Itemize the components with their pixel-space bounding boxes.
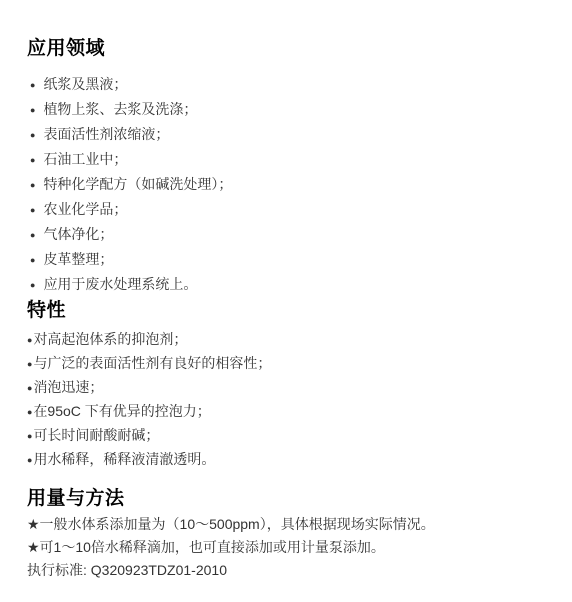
standard-line: 执行标准: Q320923TDZ01-2010 xyxy=(27,559,542,582)
bullet-icon: ● xyxy=(30,73,35,97)
list-item-text: 对高起泡体系的抑泡剂； xyxy=(33,331,187,347)
section-heading-dosage: 用量与方法 xyxy=(27,488,542,510)
list-item: ●纸浆及黑液； xyxy=(27,72,542,97)
list-item-text: 农业化学品； xyxy=(43,201,127,217)
product-info-document: 应用领域 ●纸浆及黑液； ●植物上浆、去浆及洗涤； ●表面活性剂浓缩液； ●石油… xyxy=(0,0,572,582)
list-item: ●石油工业中； xyxy=(27,147,542,172)
bullet-icon: ● xyxy=(30,173,35,197)
list-item-text: 纸浆及黑液； xyxy=(43,76,127,92)
bullet-icon: ● xyxy=(27,449,32,472)
list-item-text: 用水稀释，稀释液清澈透明。 xyxy=(33,451,215,467)
list-item-text: 与广泛的表面活性剂有良好的相容性； xyxy=(33,355,271,371)
list-item: ●应用于废水处理系统上。 xyxy=(27,272,542,297)
bullet-icon: ● xyxy=(27,329,32,352)
list-item-text: 皮革整理； xyxy=(43,251,113,267)
bullet-icon: ● xyxy=(27,425,32,448)
list-item-text: 表面活性剂浓缩液； xyxy=(43,126,169,142)
bullet-icon: ● xyxy=(30,273,35,297)
section-heading-features: 特性 xyxy=(27,300,542,322)
bullet-icon: ● xyxy=(27,377,32,400)
section-heading-application: 应用领域 xyxy=(27,38,542,60)
list-item-text: 应用于废水处理系统上。 xyxy=(43,276,197,292)
list-item: ●与广泛的表面活性剂有良好的相容性； xyxy=(27,352,542,376)
bullet-icon: ● xyxy=(30,148,35,172)
list-item-text: 石油工业中； xyxy=(43,151,127,167)
bullet-icon: ● xyxy=(30,123,35,147)
application-list: ●纸浆及黑液； ●植物上浆、去浆及洗涤； ●表面活性剂浓缩液； ●石油工业中； … xyxy=(27,72,542,297)
features-list: ●对高起泡体系的抑泡剂； ●与广泛的表面活性剂有良好的相容性； ●消泡迅速； ●… xyxy=(27,328,542,472)
bullet-icon: ● xyxy=(30,198,35,222)
list-item: ●消泡迅速； xyxy=(27,376,542,400)
list-item: ●农业化学品； xyxy=(27,197,542,222)
list-item-text: 特种化学配方（如碱洗处理）； xyxy=(43,176,232,192)
list-item: ●在95oC 下有优异的控泡力； xyxy=(27,400,542,424)
bullet-icon: ● xyxy=(30,248,35,272)
list-item: ●植物上浆、去浆及洗涤； xyxy=(27,97,542,122)
bullet-icon: ● xyxy=(30,98,35,122)
bullet-icon: ● xyxy=(30,223,35,247)
bullet-icon: ● xyxy=(27,353,32,376)
list-item-text: 可长时间耐酸耐碱； xyxy=(33,427,159,443)
list-item-text: 气体净化； xyxy=(43,226,113,242)
dosage-line: ★可1～10倍水稀释滴加，也可直接添加或用计量泵添加。 xyxy=(27,536,542,559)
list-item: ●皮革整理； xyxy=(27,247,542,272)
list-item-text: 在95oC 下有优异的控泡力； xyxy=(33,403,210,419)
list-item: ●表面活性剂浓缩液； xyxy=(27,122,542,147)
list-item: ●特种化学配方（如碱洗处理）； xyxy=(27,172,542,197)
list-item-text: 植物上浆、去浆及洗涤； xyxy=(43,101,197,117)
list-item: ●可长时间耐酸耐碱； xyxy=(27,424,542,448)
list-item-text: 消泡迅速； xyxy=(33,379,103,395)
dosage-line: ★一般水体系添加量为（10～500ppm），具体根据现场实际情况。 xyxy=(27,513,542,536)
list-item: ●用水稀释，稀释液清澈透明。 xyxy=(27,448,542,472)
list-item: ●对高起泡体系的抑泡剂； xyxy=(27,328,542,352)
bullet-icon: ● xyxy=(27,401,32,424)
list-item: ●气体净化； xyxy=(27,222,542,247)
